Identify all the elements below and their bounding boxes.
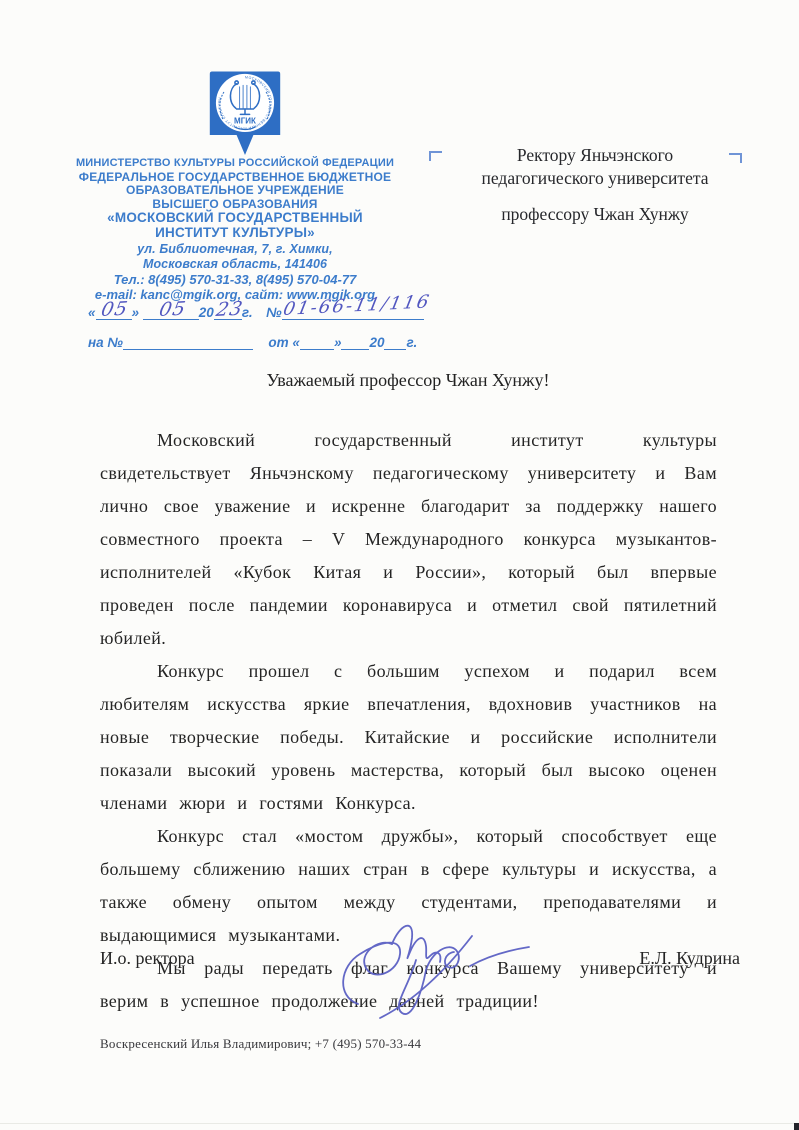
recipient-line: педагогического университета	[442, 167, 748, 190]
org-name-line: ФЕДЕРАЛЬНОЕ ГОСУДАРСТВЕННОЕ БЮДЖЕТНОЕ	[55, 171, 415, 185]
date-year-suffix: г.	[242, 305, 253, 320]
number-label: №	[266, 305, 281, 320]
body-paragraph: Конкурс прошел с большим успехом и подар…	[100, 655, 717, 820]
recipient-line: Ректору Яньчэнского	[442, 144, 748, 167]
org-name-line: ВЫСШЕГО ОБРАЗОВАНИЯ	[55, 198, 415, 212]
reply-month-blank	[341, 333, 369, 350]
number-blank: 01-66-11/116	[282, 303, 424, 320]
org-name-line: ОБРАЗОВАТЕЛЬНОЕ УЧРЕЖДЕНИЕ	[55, 184, 415, 198]
phone-line: Тел.: 8(495) 570-31-33, 8(495) 570-04-77	[55, 272, 415, 287]
address-line: Московская область, 141406	[55, 257, 415, 272]
handwritten-day: 05	[100, 302, 129, 317]
emblem-abbr: МГИК	[234, 117, 256, 126]
reply-label: на №	[88, 335, 123, 350]
scan-artifact	[794, 1123, 799, 1130]
handwritten-number: 01-66-11/116	[282, 295, 432, 317]
org-name-line: ИНСТИТУТ КУЛЬТУРЫ»	[55, 226, 415, 241]
date-month-blank: 05	[143, 303, 199, 320]
ministry-line: МИНИСТЕРСТВО КУЛЬТУРЫ РОССИЙСКОЙ ФЕДЕРАЦ…	[55, 157, 415, 171]
reply-reference-line: на № от «»20г.	[88, 333, 428, 363]
recipient-line: профессору Чжан Хунжу	[442, 203, 748, 226]
reply-close-quote: »	[334, 335, 342, 350]
org-name-line: «МОСКОВСКИЙ ГОСУДАРСТВЕННЫЙ	[55, 211, 415, 226]
handwritten-month: 05	[158, 302, 187, 317]
salutation: Уважаемый профессор Чжан Хунжу!	[100, 370, 716, 391]
scanned-letter-page: МОСКОВСКИЙ ГОСУДАРСТВЕННЫЙ ИНСТИТУТ КУЛЬ…	[0, 0, 799, 1130]
date-day-blank: 05	[96, 303, 132, 320]
letterhead-block: МИНИСТЕРСТВО КУЛЬТУРЫ РОССИЙСКОЙ ФЕДЕРАЦ…	[55, 157, 415, 302]
body-paragraph: Московский государственный институт куль…	[100, 424, 717, 655]
reply-century: 20	[369, 335, 384, 350]
reply-day-blank	[300, 333, 334, 350]
signer-name: Е.Л. Кудрина	[516, 948, 740, 969]
reply-year-blank	[384, 333, 406, 350]
date-year-blank: 23	[214, 303, 242, 320]
date-century: 20	[199, 305, 214, 320]
reply-suffix: г.	[406, 335, 417, 350]
reference-block: «05» 052023г. №01-66-11/116 на № от «»20…	[88, 303, 428, 363]
recipient-block: Ректору Яньчэнского педагогического унив…	[442, 144, 748, 226]
handwritten-signature	[330, 908, 535, 1026]
handwritten-year: 23	[215, 302, 244, 317]
reply-from-label: от «	[268, 335, 300, 350]
reply-number-blank	[123, 333, 253, 350]
signer-role: И.о. ректора	[100, 948, 195, 969]
date-close-quote: »	[132, 305, 140, 320]
date-open-quote: «	[88, 305, 96, 320]
mgik-shield-logo: МОСКОВСКИЙ ГОСУДАРСТВЕННЫЙ ИНСТИТУТ КУЛЬ…	[198, 70, 292, 158]
date-number-line: «05» 052023г. №01-66-11/116	[88, 303, 428, 333]
address-corner-mark-left	[429, 151, 442, 161]
scan-edge-line	[0, 1123, 799, 1124]
executor-contact: Воскресенский Илья Владимирович; +7 (495…	[100, 1036, 421, 1052]
address-line: ул. Библиотечная, 7, г. Химки,	[55, 242, 415, 257]
